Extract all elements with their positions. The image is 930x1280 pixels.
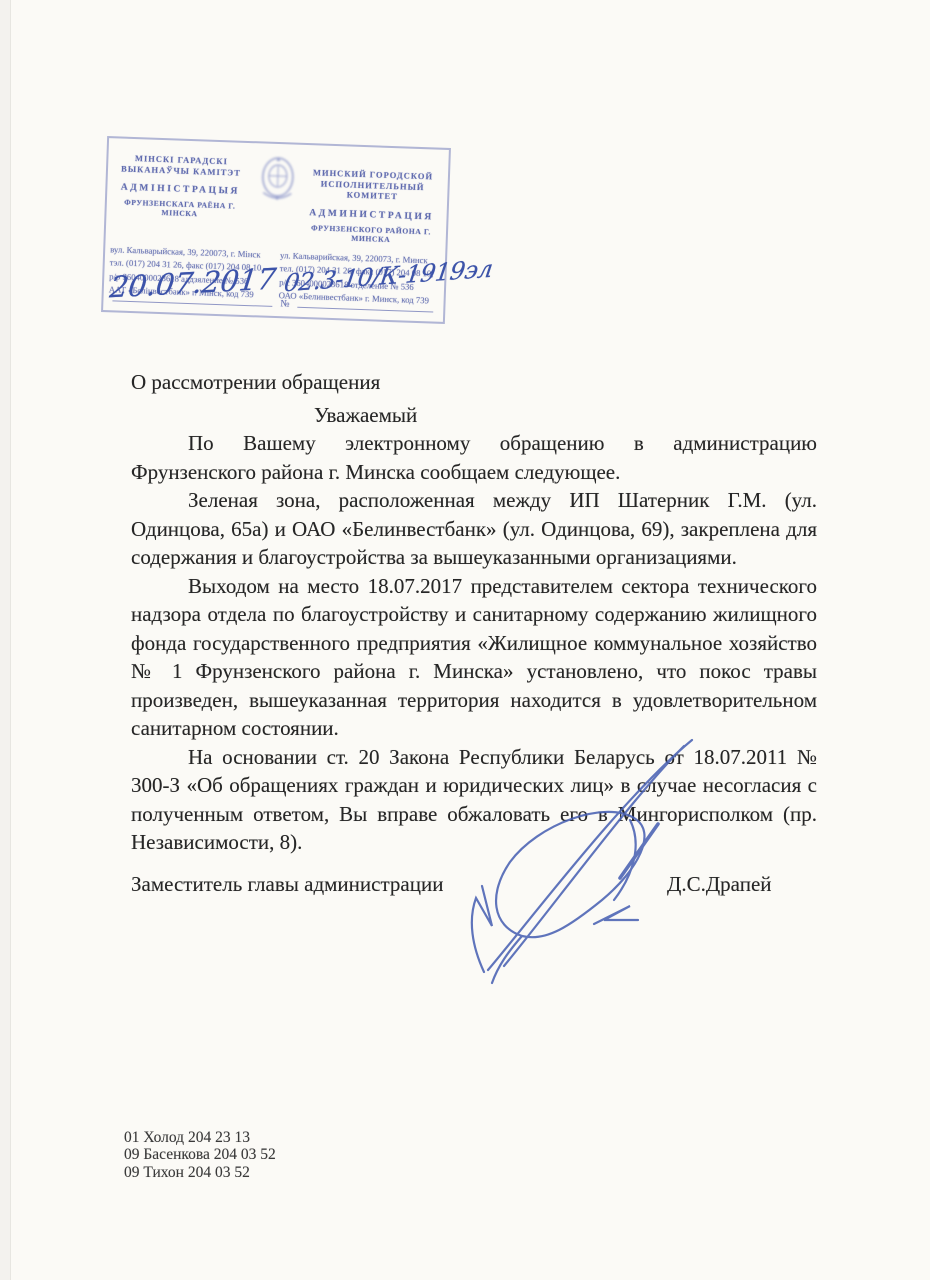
footer-contacts: 01 Холод 204 23 13 09 Басенкова 204 03 5… bbox=[124, 1129, 276, 1181]
admin-district-ru: ФРУНЗЕНСКОГО РАЙОНА Г. МИНСКА bbox=[300, 222, 443, 245]
number-sign-label: № bbox=[280, 299, 289, 309]
admin-name-ru: АДМИНИСТРАЦИЯ bbox=[300, 207, 442, 223]
footer-contact-1: 01 Холод 204 23 13 bbox=[124, 1129, 276, 1146]
letter-salutation: Уважаемый bbox=[131, 401, 817, 430]
org-name-ru-line2: ИСПОЛНИТЕЛЬНЫЙ КОМИТЕТ bbox=[301, 177, 444, 203]
letter-paragraph-1: По Вашему электронному обращению в админ… bbox=[131, 429, 817, 486]
letter-paragraph-3: Выходом на место 18.07.2017 представител… bbox=[131, 572, 817, 743]
letter-paragraph-2: Зеленая зона, расположенная между ИП Шат… bbox=[131, 486, 817, 572]
signatory-title: Заместитель главы администрации bbox=[131, 872, 443, 897]
letterhead-left-column: МІНСКІ ГАРАДСКІ ВЫКАНАЎЧЫ КАМІТЭТ АДМІНІ… bbox=[106, 147, 254, 220]
state-emblem-icon bbox=[253, 152, 303, 215]
signatory-name: Д.С.Драпей bbox=[667, 872, 772, 897]
footer-contact-3: 09 Тихон 204 03 52 bbox=[124, 1164, 276, 1181]
scan-edge-line bbox=[10, 0, 11, 1280]
footer-contact-2: 09 Басенкова 204 03 52 bbox=[124, 1146, 276, 1163]
admin-name-by: АДМІНІСТРАЦЫЯ bbox=[107, 182, 253, 198]
scan-edge-shadow bbox=[0, 0, 10, 1280]
letter-subject: О рассмотрении обращения bbox=[131, 368, 817, 397]
letterhead-right-column: МИНСКИЙ ГОРОДСКОЙ ИСПОЛНИТЕЛЬНЫЙ КОМИТЕТ… bbox=[300, 154, 449, 246]
letter-body: О рассмотрении обращения Уважаемый По Ва… bbox=[131, 368, 817, 857]
letterhead-header: МІНСКІ ГАРАДСКІ ВЫКАНАЎЧЫ КАМІТЭТ АДМІНІ… bbox=[106, 138, 449, 245]
admin-district-by: ФРУНЗЕНСКАГА РАЁНА Г. МІНСКА bbox=[106, 197, 253, 220]
letter-paragraph-4: На основании ст. 20 Закона Республики Бе… bbox=[131, 743, 817, 857]
